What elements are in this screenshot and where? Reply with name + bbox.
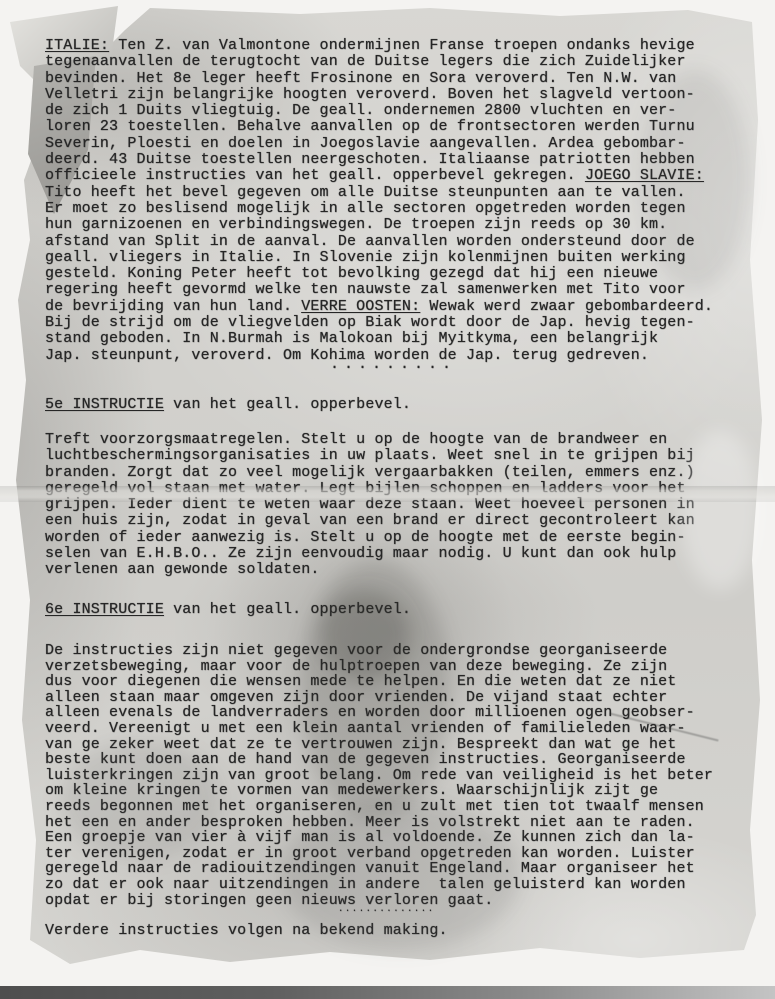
paper-stain [280,800,520,950]
news-paragraph: ITALIE: Ten Z. van Valmontone ondermijne… [45,38,745,364]
photo-bottom-band [0,986,775,999]
fold-crease [0,486,775,502]
instruction-5-body: Treft voorzorgsmaatregelen. Stelt u op d… [45,432,745,579]
paper-stain [680,430,760,590]
paper-stain [640,70,750,290]
section-separator-dots: ......... [330,357,570,373]
paper-stain [60,740,220,860]
instruction-5-heading: 5e INSTRUCTIE van het geall. opperbevel. [45,397,745,413]
paper-stain [320,590,410,680]
photo-viewport: ITALIE: Ten Z. van Valmontone ondermijne… [0,0,775,999]
